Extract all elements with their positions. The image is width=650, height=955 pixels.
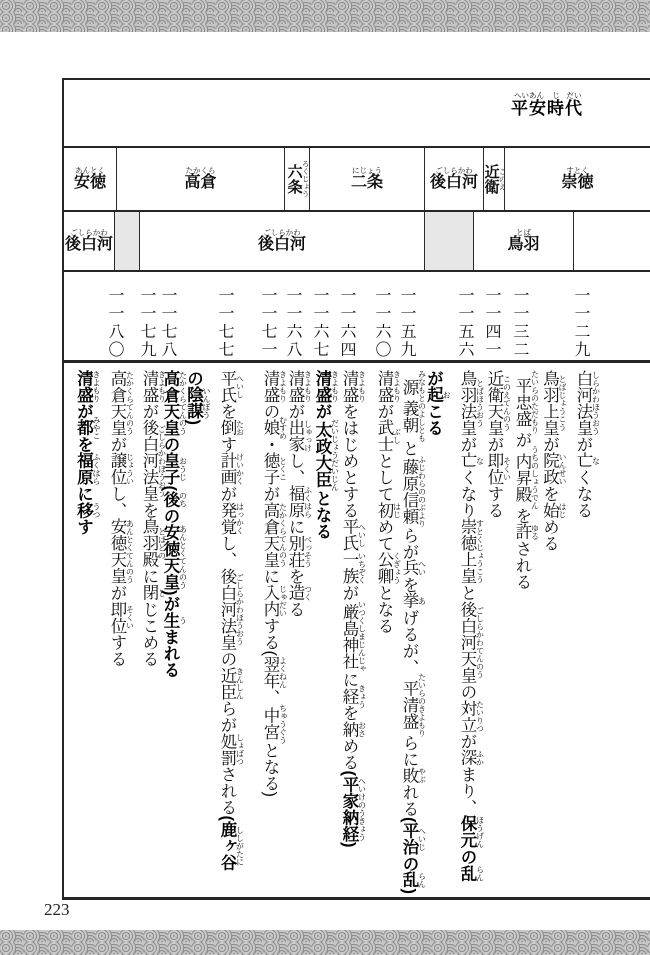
year-label: 一一三二: [508, 272, 531, 363]
decorative-border-top: [0, 0, 650, 32]
event-line: 清盛きよもりが都みやこを福原ふくはらに移うつす: [71, 370, 101, 667]
year-label: 一一二九: [569, 272, 592, 363]
emperor-name: 六条ろくじょう: [285, 160, 310, 198]
event-line: 白河法皇しらかわほうおうが亡なくなる: [571, 370, 601, 552]
emperor-name: 後白河ごしらかわ: [430, 166, 478, 192]
event-lines: 清盛きよもりの娘むすめ・徳子とくこが高倉天皇たかくらてんのうに入内じゅだいする(…: [254, 363, 288, 797]
reign-cell: 六条ろくじょう: [285, 148, 310, 210]
emperor-name: 後白河ごしらかわ: [65, 228, 113, 254]
year-label: 一一五六: [453, 272, 476, 363]
event-line: 清盛きよもりが太政大臣だいじょうだいじんとなる: [310, 370, 340, 540]
timeline-year-group: 一一五六 鳥羽法皇とばほうおうが亡なくなり崇徳上皇すとくじょうこうと後白河天皇ご…: [417, 272, 484, 897]
reign-cell: [115, 212, 140, 270]
emperor-name: 安徳あんとく: [74, 166, 106, 192]
timeline-year-group: 一一六〇 清盛きよもりが武士ぶしとして初はじめて公卿くぎょうとなる: [368, 272, 402, 897]
event-line: 鳥羽上皇とばじょうこうが院政いんせいを始はじめる: [537, 370, 567, 552]
reign-cell: 二条にじょう: [310, 148, 425, 210]
emperor-name: 高倉たかくら: [184, 166, 216, 192]
timeline-section: 一一二九 白河法皇しらかわほうおうが亡なくなる鳥羽上皇とばじょうこうが院政いんせ…: [64, 272, 650, 897]
era-timeline-table: 平安へいあん時じ代だい 安徳あんとく高倉たかくら六条ろくじょう二条にじょう後白河…: [62, 78, 650, 900]
emperor-row: 安徳あんとく高倉たかくら六条ろくじょう二条にじょう後白河ごしらかわ近衛このえ崇徳…: [64, 148, 650, 212]
reign-cell: 後白河ごしらかわ: [64, 212, 115, 270]
retired-emperor-row: 後白河ごしらかわ後白河ごしらかわ鳥羽とば: [64, 212, 650, 272]
reign-cell: 高倉たかくら: [117, 148, 285, 210]
reign-cell: [574, 212, 650, 270]
reign-cell: 鳥羽とば: [474, 212, 574, 270]
timeline-year-group: 一一八〇 高倉天皇たかくらてんのうが譲位じょういし、安徳天皇あんとくてんのうが即…: [67, 272, 134, 897]
reign-cell: 後白河ごしらかわ: [425, 148, 484, 210]
emperor-name: 崇徳すとく: [561, 166, 593, 192]
reign-cell: 安徳あんとく: [64, 148, 117, 210]
event-line: 近衛天皇このえてんのうが即位そくいする: [482, 370, 512, 519]
timeline-year-group: 一一七九 清盛きよもりが後白河法皇ごしらかわほうおうを鳥羽殿とばどのに閉とじこめ…: [133, 272, 167, 897]
event-lines: 白河法皇しらかわほうおうが亡なくなる鳥羽上皇とばじょうこうが院政いんせいを始はじ…: [533, 363, 600, 552]
year-label: 一一七一: [256, 272, 279, 363]
event-line: 平忠盛たいらのただもりが内昇殿うちのしょうでんを許ゆるされる: [510, 370, 540, 590]
reign-cell: [425, 212, 474, 270]
event-line: 高倉天皇たかくらてんのうが譲位じょういし、安徳天皇あんとくてんのうが即位そくいす…: [105, 370, 135, 667]
event-line: 鳥羽法皇とばほうおうが亡なくなり崇徳上皇すとくじょうこうと後白河天皇ごしらかわて…: [455, 370, 485, 882]
decorative-border-bottom: [0, 930, 650, 955]
event-lines: 清盛きよもりが後白河法皇ごしらかわほうおうを鳥羽殿とばどのに閉とじこめる: [133, 363, 167, 667]
page-number: 223: [44, 900, 70, 920]
event-line: 清盛きよもりをはじめとする平氏へいし一族いちぞくが厳島神社いつくしまじんじゃに経…: [337, 370, 367, 848]
event-line: 清盛きよもりの娘むすめ・徳子とくこが高倉天皇たかくらてんのうに入内じゅだいする(…: [258, 370, 288, 797]
timeline-year-group: 一一七一 清盛きよもりの娘むすめ・徳子とくこが高倉天皇たかくらてんのうに入内じゅ…: [254, 272, 288, 897]
event-line: 清盛きよもりが武士ぶしとして初はじめて公卿くぎょうとなる: [372, 370, 402, 634]
era-header-row: 平安へいあん時じ代だい: [64, 80, 650, 148]
reign-cell: 後白河ごしらかわ: [140, 212, 425, 270]
year-label: 一一八〇: [103, 272, 126, 363]
reign-cell: 崇徳すとく: [505, 148, 650, 210]
year-label: 一一六〇: [370, 272, 393, 363]
emperor-name: 後白河ごしらかわ: [258, 228, 306, 254]
era-title: 平安へいあん時じ代だい: [511, 91, 583, 119]
emperor-name: 二条にじょう: [351, 166, 383, 192]
reign-cell: 近衛このえ: [484, 148, 505, 210]
year-label: 一一七七: [213, 272, 236, 363]
event-line: 平氏へいしを倒たおす計画けいかくが発覚はっかくし、後白河法皇ごしらかわほうおうの…: [215, 370, 245, 871]
emperor-name: 近衛このえ: [484, 164, 505, 194]
event-line: 清盛きよもりが後白河法皇ごしらかわほうおうを鳥羽殿とばどのに閉とじこめる: [137, 370, 167, 667]
timeline-year-group: 一一二九 白河法皇しらかわほうおうが亡なくなる鳥羽上皇とばじょうこうが院政いんせ…: [533, 272, 600, 897]
event-lines: 鳥羽法皇とばほうおうが亡なくなり崇徳上皇すとくじょうこうと後白河天皇ごしらかわて…: [417, 363, 484, 882]
emperor-name: 鳥羽とば: [507, 228, 539, 254]
year-label: 一一七九: [135, 272, 158, 363]
event-lines: 高倉天皇たかくらてんのうが譲位じょういし、安徳天皇あんとくてんのうが即位そくいす…: [67, 363, 134, 667]
event-lines: 清盛きよもりが武士ぶしとして初はじめて公卿くぎょうとなる: [368, 363, 402, 634]
